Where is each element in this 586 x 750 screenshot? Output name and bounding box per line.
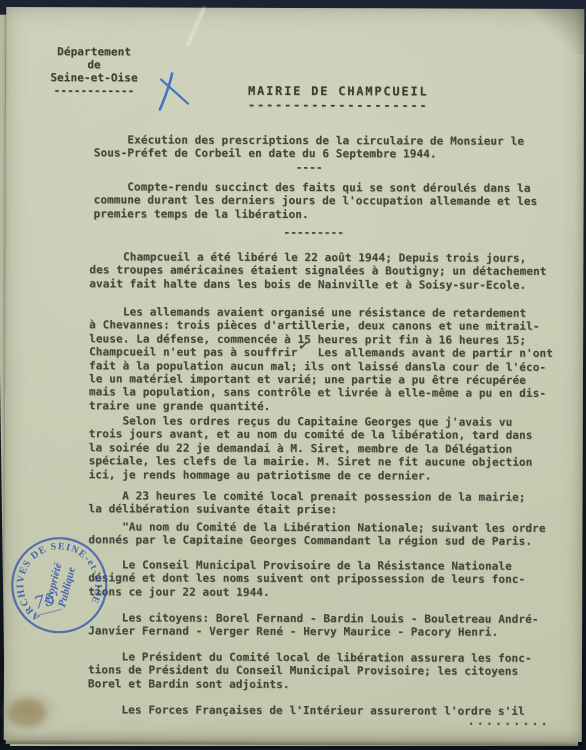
paragraph-ffi: Les Forces Françaises de l'Intérieur ass… bbox=[88, 703, 525, 718]
summary-divider: --------- bbox=[283, 226, 344, 240]
paragraph-german-resistance: Les allemands avaient organisé une résis… bbox=[89, 305, 553, 414]
paragraph-capitaine-georges-orders: Selon les ordres reçus du Capitaine Geor… bbox=[89, 414, 533, 483]
archival-photo: { "header": { "department": "Département… bbox=[0, 0, 586, 750]
paper-corner-shadow bbox=[524, 9, 584, 55]
paper-crease bbox=[186, 7, 206, 47]
trailing-dots: ......... bbox=[468, 715, 550, 729]
paragraph-citizens-list: Les citoyens: Borel Fernand - Bardin Lou… bbox=[88, 611, 539, 639]
handwritten-check-mark: ✓ bbox=[297, 338, 310, 354]
department-heading: Département de Seine-et-Oise -----------… bbox=[42, 45, 146, 97]
blue-x-mark-icon bbox=[156, 68, 200, 116]
paragraph-summary: Compte-rendu succinct des faits qui se s… bbox=[94, 180, 538, 222]
paragraph-liberation-date: Champcueil a été libéré le 22 août 1944;… bbox=[89, 250, 546, 292]
paragraph-conseil-municipal: Le Conseil Municipal Provisoire de la Ré… bbox=[88, 558, 525, 600]
subject-divider: ---- bbox=[296, 161, 323, 175]
paragraph-president-comite: Le Président du Comité local de libérati… bbox=[88, 650, 532, 692]
paragraph-subject: Exécution des prescriptions de la circul… bbox=[94, 133, 524, 161]
document-page: Département de Seine-et-Oise -----------… bbox=[4, 7, 585, 742]
paragraph-comite-possession: A 23 heures le comité local prenait poss… bbox=[89, 489, 526, 517]
page-title: MAIRIE DE CHAMPCUEIL -------------------… bbox=[248, 85, 429, 113]
paper-stain-core bbox=[8, 699, 46, 727]
paragraph-quote-liberation-nationale: "Au nom du Comité de la Libération Natio… bbox=[88, 520, 545, 548]
